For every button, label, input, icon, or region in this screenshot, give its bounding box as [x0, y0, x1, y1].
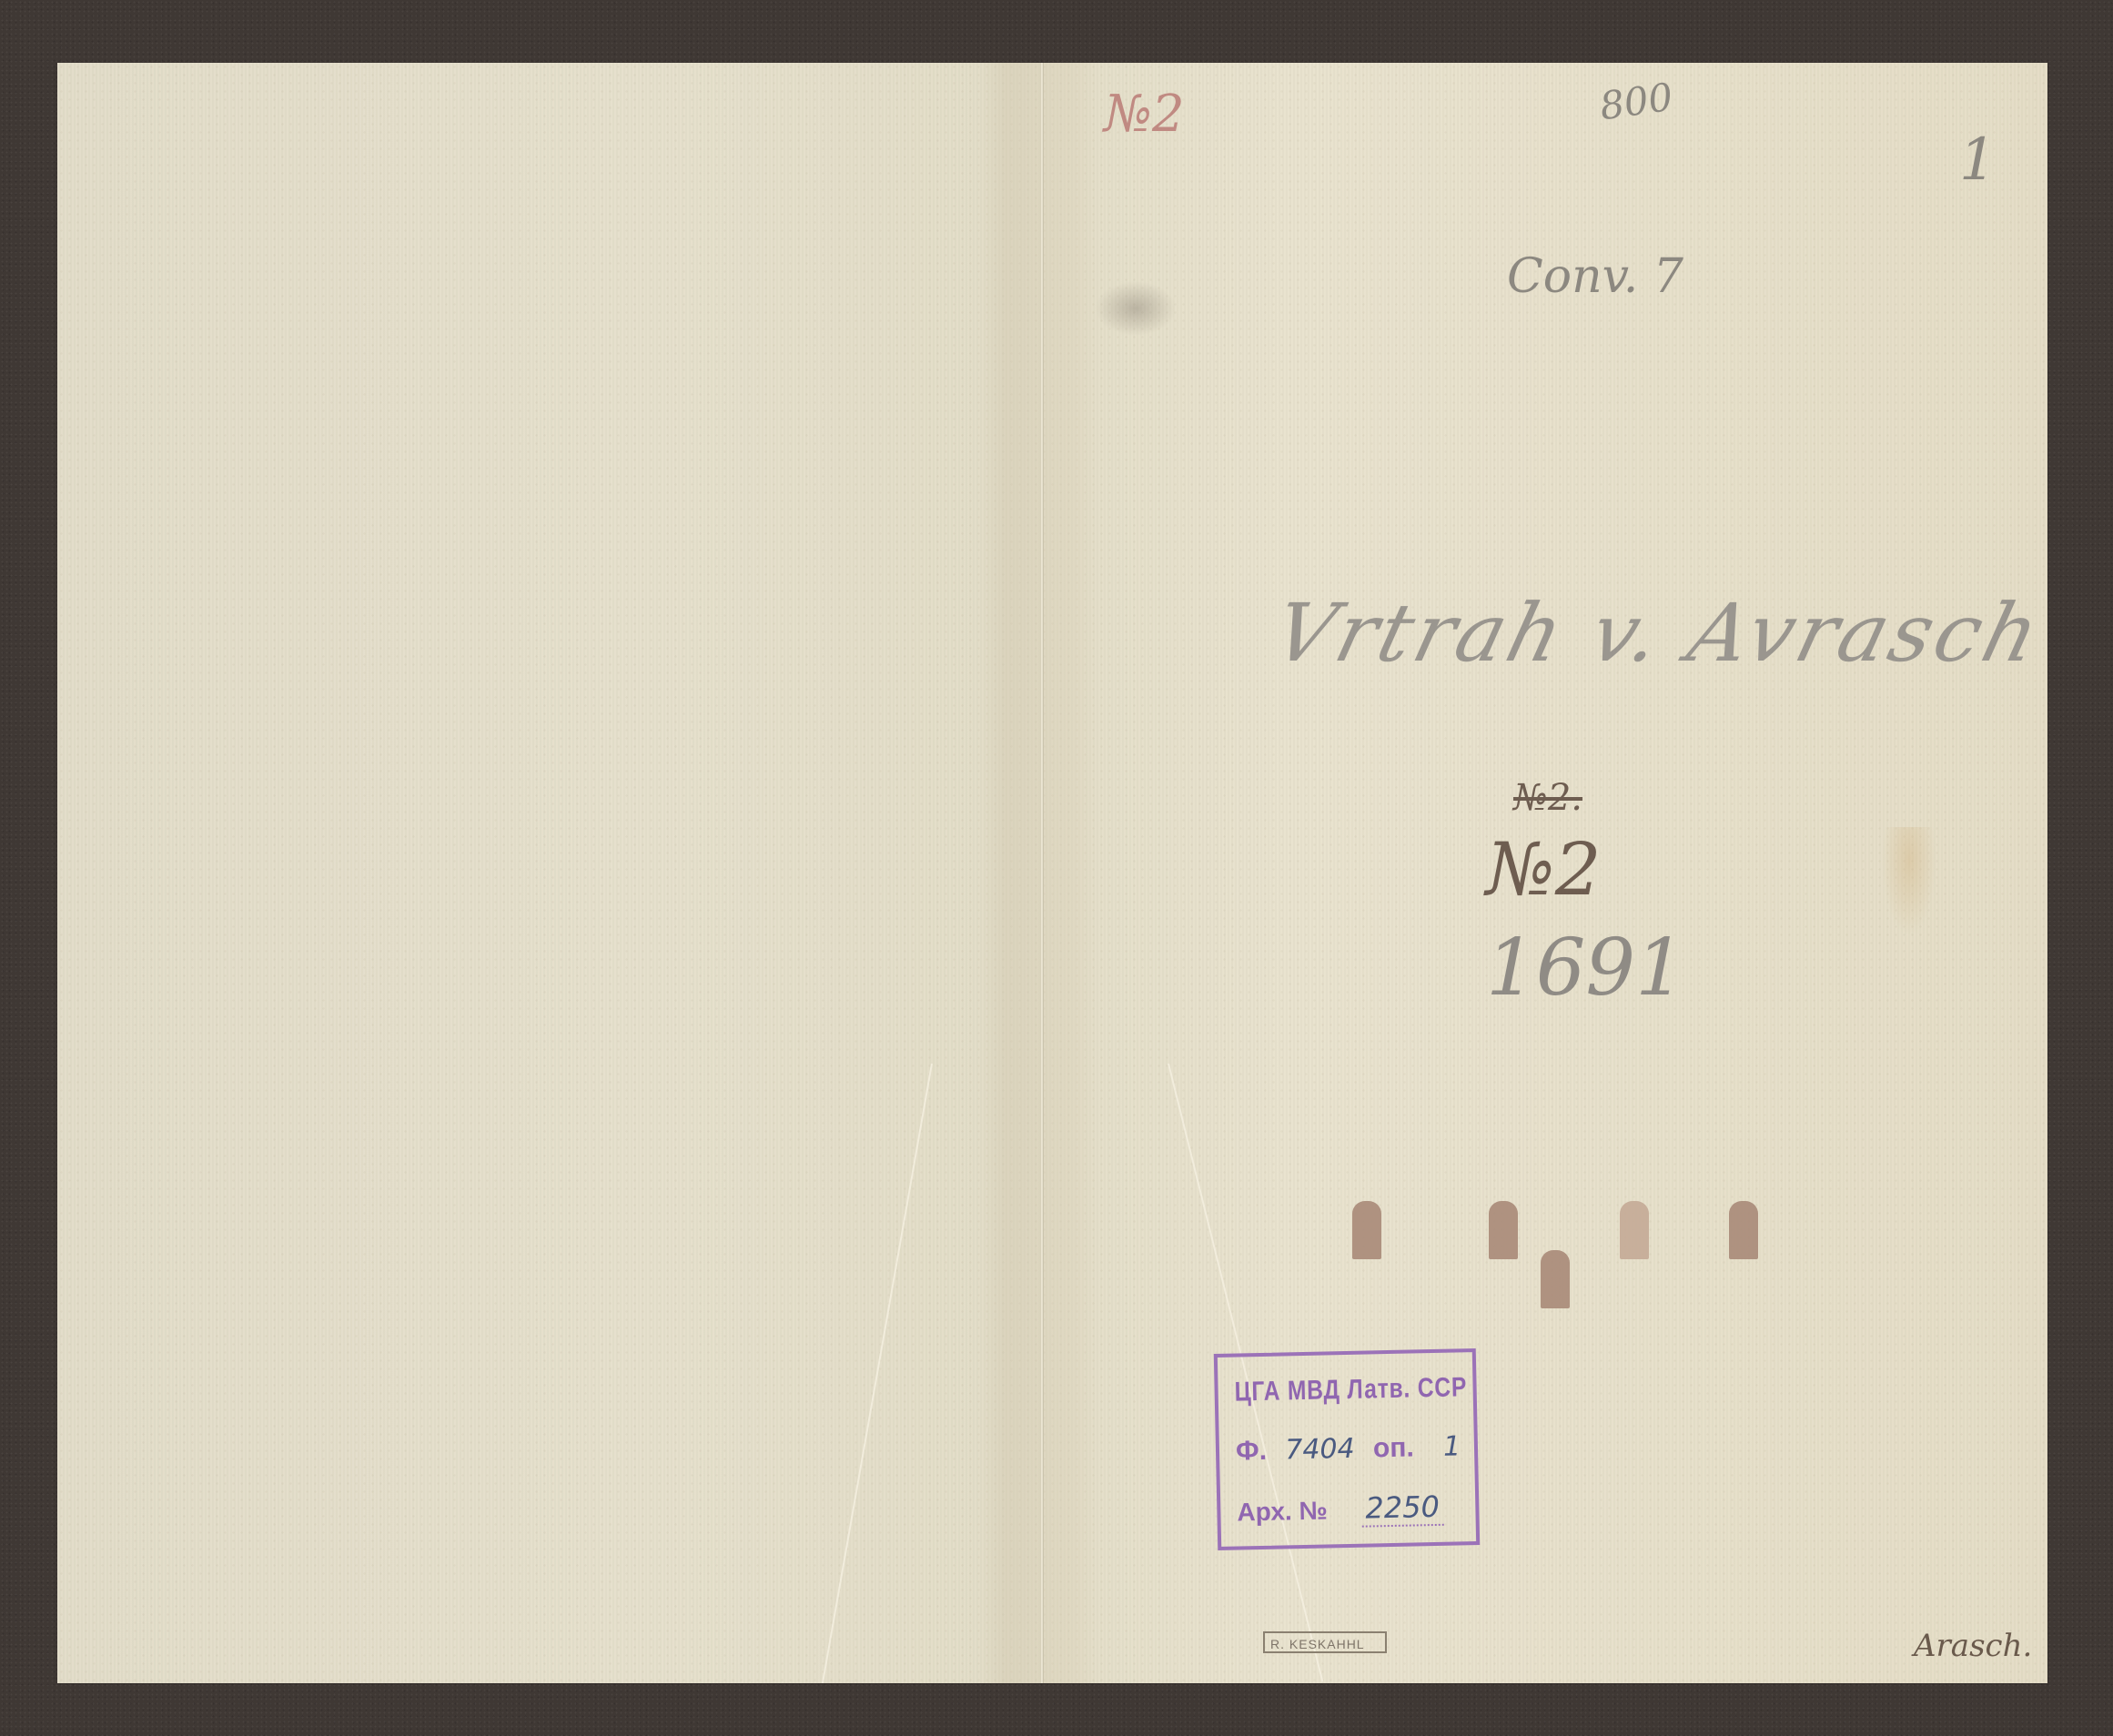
pencil-conv-note: Conv. 7: [1507, 249, 1683, 304]
wax-seal-mark: [1729, 1201, 1758, 1259]
archive-stamp: ЦГА МВД Латв. ССР Ф. 7404 оп. 1 Арх. № 2…: [1214, 1348, 1480, 1550]
fond-value: 7404: [1285, 1433, 1355, 1467]
arch-value: 2250: [1361, 1489, 1443, 1528]
ink-smudge: [1095, 281, 1177, 336]
archive-name: ЦГА МВД Латв. ССР: [1234, 1372, 1467, 1408]
bottom-signature: Arasch.: [1914, 1628, 2032, 1664]
fond-label: Ф.: [1236, 1436, 1268, 1467]
red-ink-number: №2: [1104, 85, 1185, 144]
arch-label: Арх. №: [1237, 1496, 1328, 1526]
wax-seal-mark: [1541, 1250, 1570, 1308]
folio-number: 1: [1959, 126, 1997, 194]
pencil-title: Vrtrah v. Avrasch: [1265, 586, 2047, 680]
fond-line: Ф. 7404 оп. 1: [1236, 1430, 1472, 1467]
water-stain: [1882, 827, 1936, 936]
center-fold: [1040, 63, 1044, 1683]
ink-number: №2: [1486, 827, 1602, 912]
document-page: №2 800 1 Conv. 7 Vrtrah v. Avrasch №2. №…: [57, 63, 2047, 1683]
maker-stamp: R. KESKAHHL: [1263, 1631, 1387, 1653]
pencil-number-800: 800: [1597, 75, 1675, 129]
struck-number: №2.: [1513, 777, 1582, 819]
wax-seal-mark: [1489, 1201, 1518, 1259]
year-note: 1691: [1486, 923, 1685, 1014]
archive-number-line: Арх. № 2250: [1237, 1489, 1443, 1529]
wax-seal-mark: [1620, 1201, 1649, 1259]
opis-value: 1: [1443, 1430, 1461, 1462]
wax-seal-mark: [1352, 1201, 1381, 1259]
opis-label: оп.: [1373, 1432, 1414, 1463]
paper-crease: [820, 1064, 933, 1683]
